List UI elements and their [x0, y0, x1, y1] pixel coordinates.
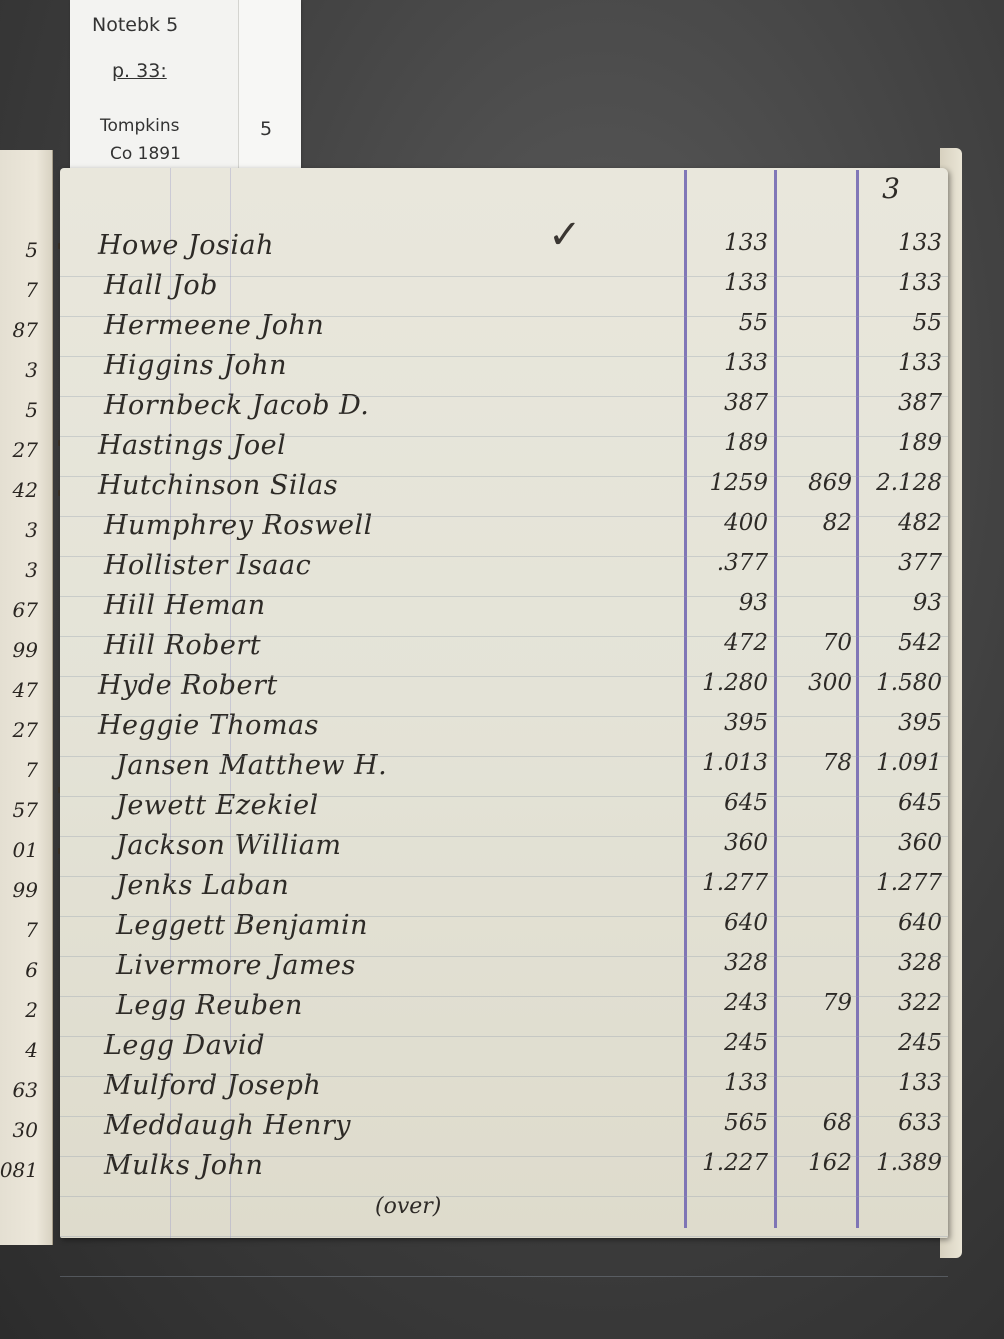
sticky-note-fold [238, 0, 301, 168]
left-margin-number: 27 [13, 438, 38, 462]
total-cell: 387 [852, 390, 942, 416]
left-margin-number: 081 [0, 1158, 38, 1182]
person-name: Mulks John [104, 1150, 263, 1181]
addition-cell: 162 [772, 1150, 852, 1176]
total-cell: 640 [852, 910, 942, 936]
amount-cell: 133 [658, 230, 768, 256]
page-number: 3 [882, 172, 900, 205]
amount-cell: 1.277 [658, 870, 768, 896]
person-name: Jewett Ezekiel [116, 790, 319, 821]
total-cell: 1.277 [852, 870, 942, 896]
left-margin-number: 01 [13, 838, 38, 862]
person-name: Jenks Laban [116, 870, 289, 901]
left-margin-number: 99 [13, 638, 38, 662]
person-name: Livermore James [116, 950, 356, 981]
total-cell: 1.580 [852, 670, 942, 696]
amount-cell: 645 [658, 790, 768, 816]
person-name: Higgins John [104, 350, 287, 381]
amount-cell: 55 [658, 310, 768, 336]
ruled-line [60, 1116, 948, 1117]
ruled-line [60, 1196, 948, 1197]
addition-cell: 300 [772, 670, 852, 696]
left-margin-number: 87 [13, 318, 38, 342]
total-cell: 2.128 [852, 470, 942, 496]
ruled-line [60, 716, 948, 717]
left-margin-number: 7 [25, 278, 38, 302]
total-cell: 133 [852, 270, 942, 296]
amount-cell: 395 [658, 710, 768, 736]
sticky-note-tab: Notebk 5 p. 33: Tompkins Co 1891 5 [70, 0, 300, 168]
table-row: Howe Josiah133133 [60, 230, 948, 270]
total-cell: 328 [852, 950, 942, 976]
ruled-line [60, 916, 948, 917]
ruled-line [60, 956, 948, 957]
total-cell: 133 [852, 1070, 942, 1096]
left-margin-number: 7 [25, 758, 38, 782]
addition-cell: 82 [772, 510, 852, 536]
person-name: Hill Heman [104, 590, 266, 621]
total-cell: 377 [852, 550, 942, 576]
total-cell: 133 [852, 350, 942, 376]
amount-cell: 1.013 [658, 750, 768, 776]
left-margin-number: 57 [13, 798, 38, 822]
ruled-line [60, 836, 948, 837]
left-margin-number: 5 [25, 398, 38, 422]
note-notebook: Notebk 5 [92, 14, 178, 36]
left-margin-number: 3 [25, 358, 38, 382]
person-name: Legg Reuben [116, 990, 303, 1021]
amount-cell: 1.227 [658, 1150, 768, 1176]
left-margin-number: 6 [25, 958, 38, 982]
amount-cell: 133 [658, 350, 768, 376]
ruled-line [60, 316, 948, 317]
ruled-line [60, 676, 948, 677]
ruled-line [60, 1276, 948, 1277]
total-cell: 322 [852, 990, 942, 1016]
amount-cell: 360 [658, 830, 768, 856]
person-name: Jansen Matthew H. [116, 750, 387, 781]
ruled-line [60, 356, 948, 357]
amount-cell: 640 [658, 910, 768, 936]
total-cell: 1.091 [852, 750, 942, 776]
person-name: Jackson William [116, 830, 342, 861]
over-note: (over) [375, 1194, 441, 1219]
left-facing-page: 57873527423367994727757019976246330081 [0, 150, 53, 1245]
person-name: Mulford Joseph [104, 1070, 321, 1101]
left-margin-number: 7 [25, 918, 38, 942]
person-name: Hastings Joel [98, 430, 286, 461]
left-margin-number: 4 [25, 1038, 38, 1062]
amount-cell: 387 [658, 390, 768, 416]
total-cell: 133 [852, 230, 942, 256]
left-margin-number: 63 [13, 1078, 38, 1102]
left-margin-number: 5 [25, 238, 38, 262]
ruled-line [60, 1036, 948, 1037]
amount-cell: 400 [658, 510, 768, 536]
amount-cell: .377 [658, 550, 768, 576]
ruled-line [60, 1236, 948, 1237]
addition-cell: 869 [772, 470, 852, 496]
ruled-line [60, 1156, 948, 1157]
person-name: Hornbeck Jacob D. [104, 390, 369, 421]
ruled-line [60, 556, 948, 557]
ruled-line [60, 1076, 948, 1077]
total-cell: 395 [852, 710, 942, 736]
amount-cell: 133 [658, 1070, 768, 1096]
person-name: Legg David [104, 1030, 265, 1061]
ruled-line [60, 596, 948, 597]
addition-cell: 68 [772, 1110, 852, 1136]
ruled-line [60, 756, 948, 757]
ruled-line [60, 876, 948, 877]
ruled-line [60, 476, 948, 477]
addition-cell: 70 [772, 630, 852, 656]
amount-cell: 133 [658, 270, 768, 296]
total-cell: 1.389 [852, 1150, 942, 1176]
left-margin-number: 3 [25, 558, 38, 582]
addition-cell: 78 [772, 750, 852, 776]
total-cell: 645 [852, 790, 942, 816]
amount-cell: 1.280 [658, 670, 768, 696]
addition-cell: 79 [772, 990, 852, 1016]
total-cell: 482 [852, 510, 942, 536]
person-name: Humphrey Roswell [104, 510, 373, 541]
ruled-line [60, 796, 948, 797]
left-margin-number: 2 [25, 998, 38, 1022]
total-cell: 633 [852, 1110, 942, 1136]
amount-cell: 243 [658, 990, 768, 1016]
note-page-ref: p. 33: [112, 60, 167, 82]
ruled-line [60, 636, 948, 637]
person-name: Heggie Thomas [98, 710, 319, 741]
ruled-line [60, 516, 948, 517]
person-name: Hall Job [104, 270, 218, 301]
ruled-line [60, 436, 948, 437]
person-name: Leggett Benjamin [116, 910, 368, 941]
left-margin-number: 99 [13, 878, 38, 902]
amount-cell: 1259 [658, 470, 768, 496]
ruled-line [60, 396, 948, 397]
person-name: Meddaugh Henry [104, 1110, 351, 1141]
person-name: Hill Robert [104, 630, 261, 661]
amount-cell: 189 [658, 430, 768, 456]
person-name: Hermeene John [104, 310, 324, 341]
amount-cell: 93 [658, 590, 768, 616]
ledger-page: 3 ✓ Howe Josiah133133Hall Job133133Herme… [60, 168, 948, 1238]
left-margin-number: 47 [13, 678, 38, 702]
amount-cell: 472 [658, 630, 768, 656]
left-margin-number: 42 [13, 478, 38, 502]
left-margin-number: 27 [13, 718, 38, 742]
amount-cell: 328 [658, 950, 768, 976]
total-cell: 245 [852, 1030, 942, 1056]
note-county: Tompkins [100, 116, 179, 136]
person-name: Hutchinson Silas [98, 470, 338, 501]
person-name: Hollister Isaac [104, 550, 311, 581]
total-cell: 542 [852, 630, 942, 656]
left-margin-number: 3 [25, 518, 38, 542]
total-cell: 93 [852, 590, 942, 616]
amount-cell: 245 [658, 1030, 768, 1056]
total-cell: 189 [852, 430, 942, 456]
note-side-mark: 5 [260, 118, 272, 140]
ruled-line [60, 276, 948, 277]
amount-cell: 565 [658, 1110, 768, 1136]
left-margin-number: 67 [13, 598, 38, 622]
total-cell: 55 [852, 310, 942, 336]
person-name: Howe Josiah [98, 230, 274, 261]
left-margin-number: 30 [13, 1118, 38, 1142]
note-year: Co 1891 [110, 144, 181, 164]
person-name: Hyde Robert [98, 670, 278, 701]
ruled-line [60, 996, 948, 997]
total-cell: 360 [852, 830, 942, 856]
